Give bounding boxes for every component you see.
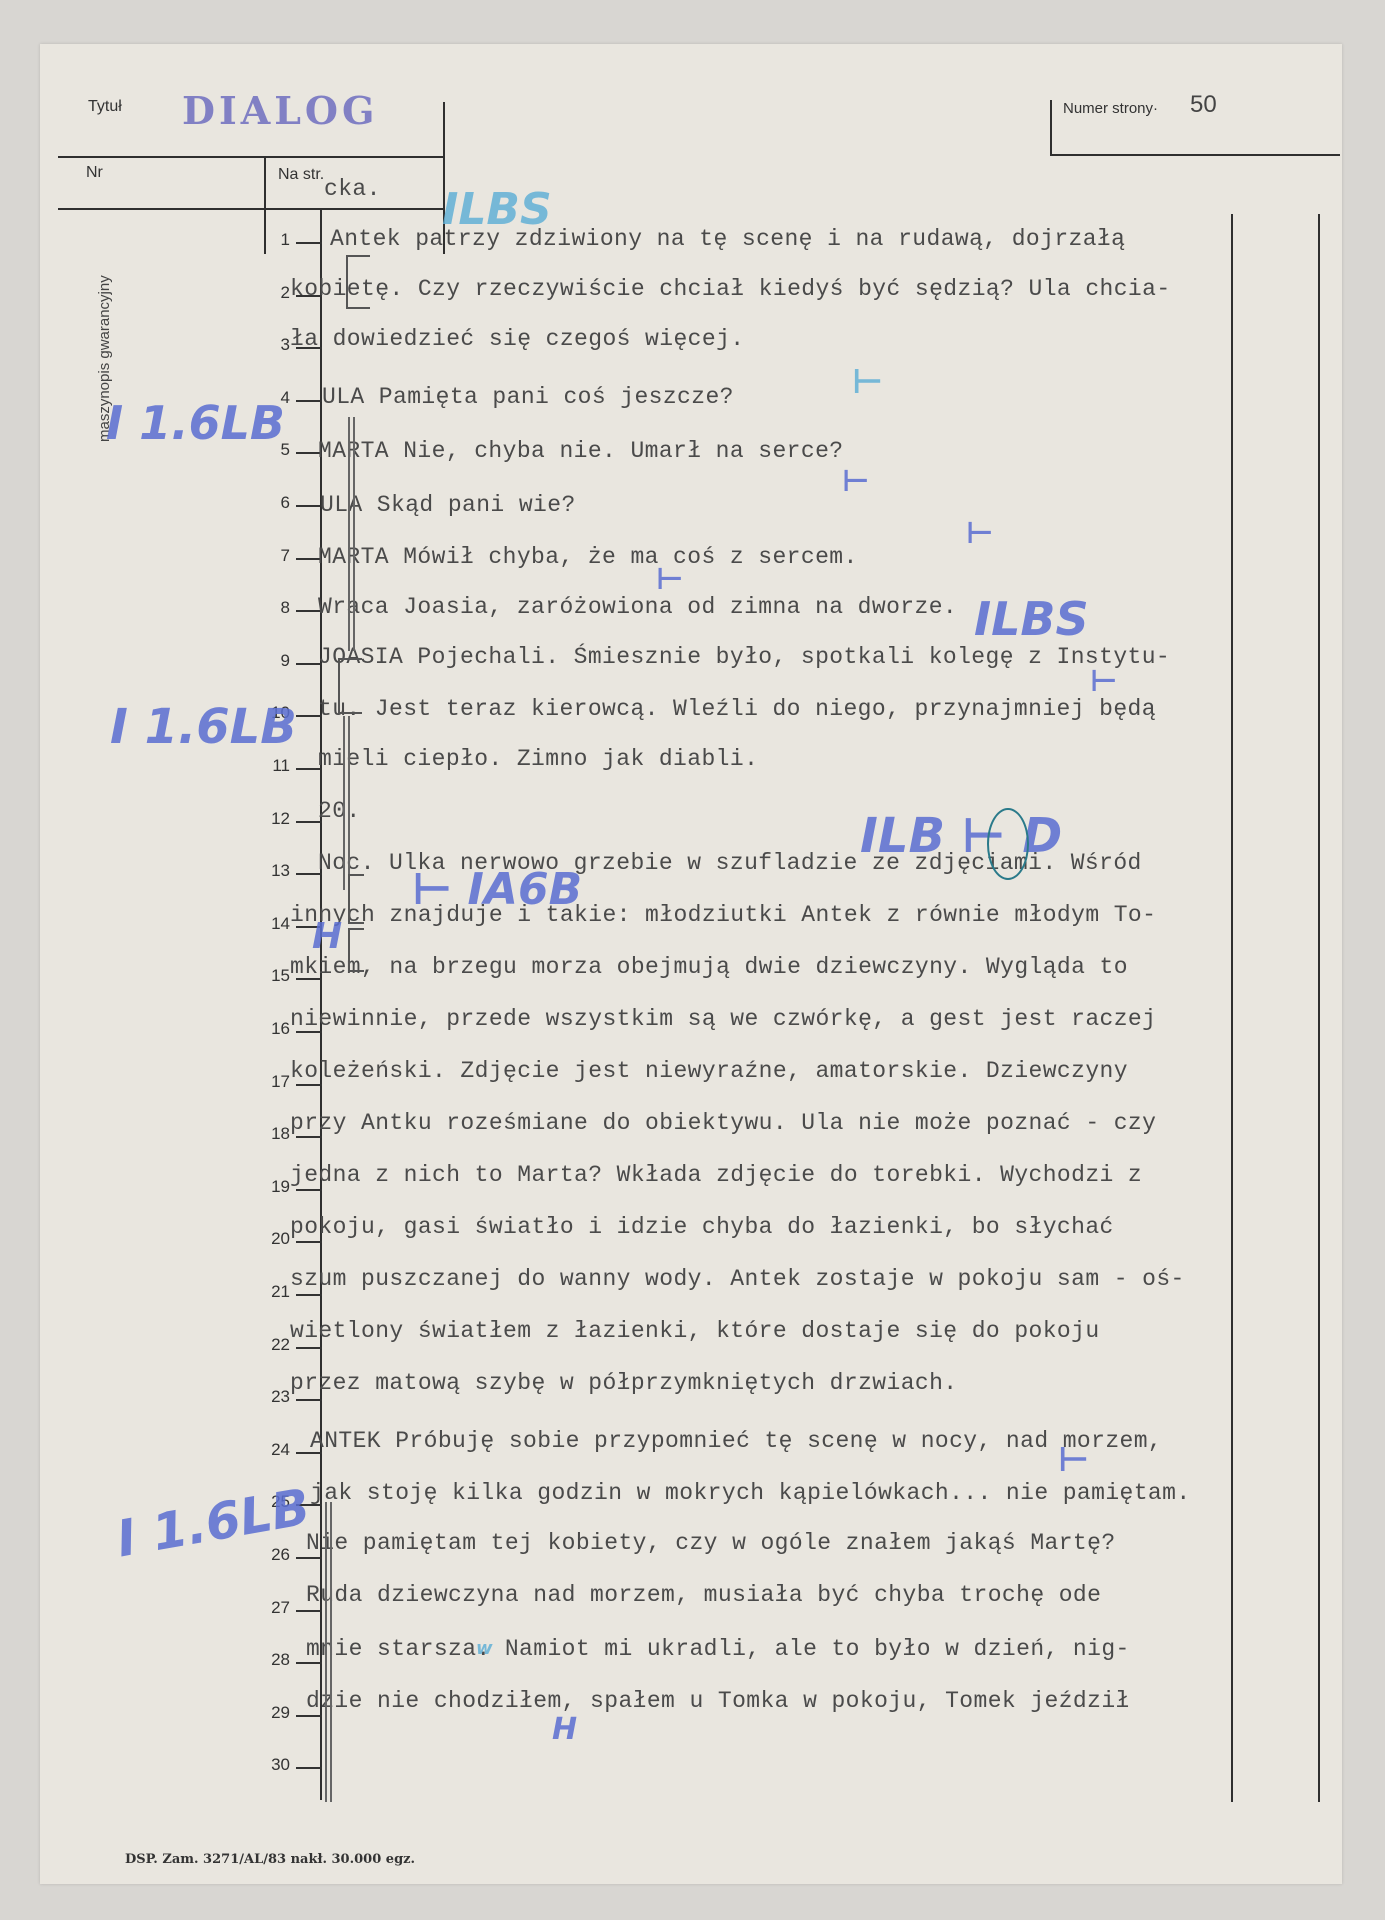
line-number: 28 (260, 1650, 290, 1670)
line-number: 13 (260, 861, 290, 881)
header-rule (58, 156, 445, 158)
annotation-mark: ⊢ (656, 562, 683, 597)
line-number: 6 (260, 493, 290, 513)
dialog-bar (325, 1502, 332, 1802)
typed-line: niewinnie, przede wszystkim są we czwórk… (290, 1006, 1156, 1032)
typed-line: pokoju, gasi światło i idzie chyba do ła… (290, 1214, 1114, 1240)
line-tick (296, 1189, 322, 1191)
typed-line: ULA Skąd pani wie? (320, 492, 576, 518)
title-label: Tytuł (88, 98, 122, 116)
typed-line: mieli ciepło. Zimno jak diabli. (318, 746, 758, 772)
typed-line: tu. Jest teraz kierowcą. Wleźli do niego… (318, 696, 1156, 722)
right-margin-rule-2 (1318, 214, 1320, 1802)
annotation-mark: w (476, 1638, 493, 1659)
typed-line: przez matową szybę w półprzymkniętych dr… (290, 1370, 958, 1396)
line-number: 14 (260, 914, 290, 934)
page-number-label: Numer strony· (1063, 100, 1158, 117)
line-number: 7 (260, 546, 290, 566)
scene-bracket (348, 874, 364, 924)
line-number: 9 (260, 651, 290, 671)
typed-line: jedna z nich to Marta? Wkłada zdjęcie do… (290, 1162, 1142, 1188)
line-tick (296, 1136, 322, 1138)
page-number-divider (1050, 100, 1052, 156)
line-number: 24 (260, 1440, 290, 1460)
line-number: 16 (260, 1019, 290, 1039)
nr-label: Nr (86, 164, 103, 182)
line-number: 3 (260, 335, 290, 355)
annotation-mark: H (552, 1712, 577, 1747)
annotation-mark: ⊢ (852, 362, 883, 402)
line-number: 20 (260, 1229, 290, 1249)
annotation-mark: ⊢ (842, 464, 869, 499)
line-tick (296, 400, 322, 402)
annotation-pen: ILBS (974, 592, 1089, 646)
annotation-mark: ⊢ (1090, 664, 1117, 699)
title-stamp: DIALOG (182, 88, 378, 133)
page-number: 50 (1190, 91, 1217, 119)
line-number: 26 (260, 1545, 290, 1565)
typed-line: Ruda dziewczyna nad morzem, musiała być … (306, 1582, 1101, 1608)
annotation-pen: I 1.6LB (106, 396, 285, 450)
annotation-circle (987, 808, 1029, 880)
typed-line: Wraca Joasia, zaróżowiona od zimna na dw… (318, 594, 957, 620)
annotation-mark: ⊢ (1058, 1440, 1089, 1480)
typed-line: mnie starsza. Namiot mi ukradli, ale to … (306, 1636, 1130, 1662)
typed-line: szum puszczanej do wanny wody. Antek zos… (290, 1266, 1185, 1292)
typed-line: jak stoję kilka godzin w mokrych kąpieló… (310, 1480, 1191, 1506)
annotation-pen: ILB ⊢ D (860, 808, 1062, 864)
typed-line: ULA Pamięta pani coś jeszcze? (322, 384, 734, 410)
typed-line: ła dowiedzieć się czegoś więcej. (290, 326, 744, 352)
line-tick (296, 1347, 322, 1349)
line-number: 11 (260, 756, 290, 776)
line-number: 18 (260, 1124, 290, 1144)
line-tick (296, 1767, 322, 1769)
line-tick (296, 1241, 322, 1243)
print-footer: DSP. Zam. 3271/AL/83 nakł. 30.000 egz. (125, 1852, 415, 1867)
line-tick (296, 1557, 322, 1559)
page-number-rule (1050, 154, 1340, 156)
paragraph-bracket (348, 928, 364, 972)
annotation-mark: H (312, 916, 342, 957)
typed-line: wietlony światłem z łazienki, które dost… (290, 1318, 1100, 1344)
line-number: 19 (260, 1177, 290, 1197)
typed-line: 20. (318, 798, 361, 824)
typed-line: przy Antku roześmiane do obiektywu. Ula … (290, 1110, 1156, 1136)
typed-line: kobietę. Czy rzeczywiście chciał kiedyś … (290, 276, 1171, 302)
line-tick (296, 1399, 322, 1401)
typed-line: Nie pamiętam tej kobiety, czy w ogóle zn… (306, 1530, 1116, 1556)
typed-line: MARTA Mówił chyba, że ma coś z sercem. (318, 544, 858, 570)
paragraph-bracket (338, 658, 362, 714)
paragraph-bracket (346, 255, 370, 309)
annotation-pen: I 1.6LB (110, 699, 297, 755)
line-tick (296, 1294, 322, 1296)
line-tick (296, 242, 322, 244)
line-number: 17 (260, 1072, 290, 1092)
dialog-bar (343, 716, 350, 890)
dialog-bar (348, 417, 355, 651)
typed-line: JOASIA Pojechali. Śmiesznie było, spotka… (318, 644, 1170, 670)
line-number: 12 (260, 809, 290, 829)
typed-line: mkiem, na brzegu morza obejmują dwie dzi… (290, 954, 1128, 980)
typed-line: koleżeński. Zdjęcie jest niewyraźne, ama… (290, 1058, 1128, 1084)
line-number: 27 (260, 1598, 290, 1618)
document-page: Tytuł DIALOG Nr Na str. Numer strony· 50… (40, 44, 1342, 1884)
line-number: 22 (260, 1335, 290, 1355)
line-tick (296, 1715, 322, 1717)
line-number: 29 (260, 1703, 290, 1723)
line-number: 2 (260, 283, 290, 303)
annotation-pen: ⊢ IA6B (412, 864, 582, 915)
line-tick (296, 505, 322, 507)
typed-line: MARTA Nie, chyba nie. Umarł na serce? (318, 438, 843, 464)
line-number: 8 (260, 598, 290, 618)
annotation-mark: ⊢ (966, 516, 993, 551)
annotation-pen: ILBS (442, 184, 552, 235)
line-tick (296, 1662, 322, 1664)
typed-line: dzie nie chodziłem, spałem u Tomka w pok… (306, 1688, 1130, 1714)
line-number: 21 (260, 1282, 290, 1302)
line-number: 1 (260, 230, 290, 250)
line-tick (296, 1084, 322, 1086)
na-str-label: Na str. (278, 166, 324, 184)
line-number: 23 (260, 1387, 290, 1407)
typed-line: cka. (324, 176, 381, 202)
nr-rule (58, 208, 445, 210)
right-margin-rule-1 (1231, 214, 1233, 1802)
line-number: 30 (260, 1755, 290, 1775)
typed-line: ANTEK Próbuję sobie przypomnieć tę scenę… (310, 1428, 1162, 1454)
line-tick (296, 1610, 322, 1612)
line-number: 15 (260, 966, 290, 986)
